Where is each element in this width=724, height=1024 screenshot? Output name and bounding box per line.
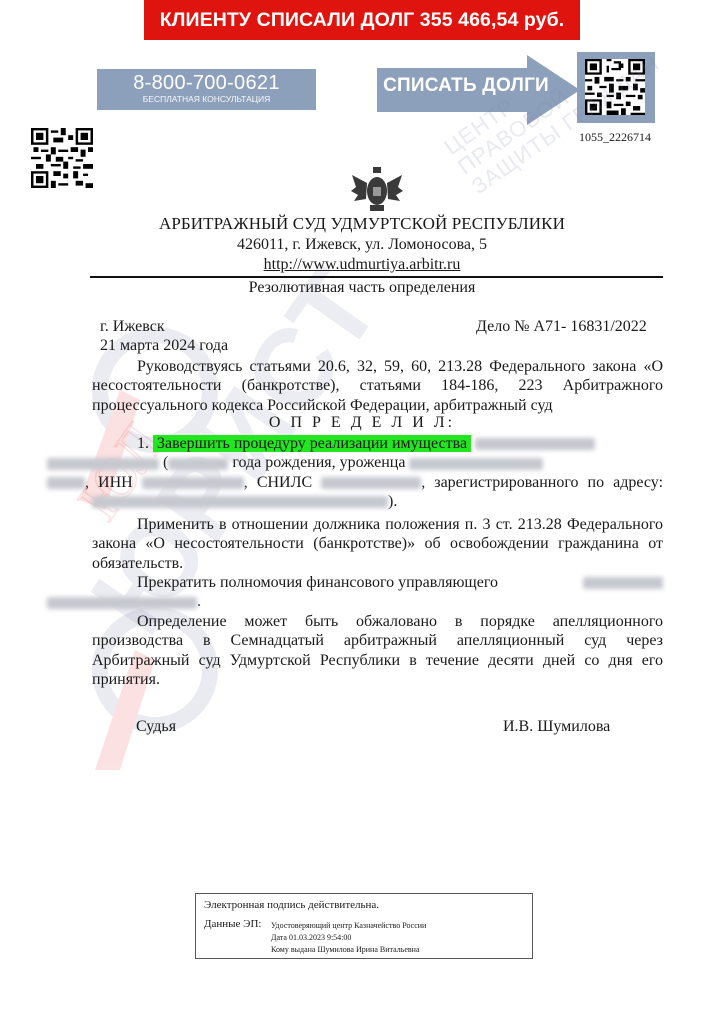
phone-number: 8-800-700-0621: [97, 72, 316, 94]
phone-caption: БЕСПЛАТНАЯ КОНСУЛЬТАЦИЯ: [97, 94, 316, 105]
terminate-text: Прекратить полномочия финансового управл…: [92, 573, 663, 612]
ruled-heading: О П Р Е Д Е Л И Л:: [0, 414, 724, 432]
redacted-name: [475, 438, 595, 450]
inn-label: , ИНН: [85, 474, 133, 491]
redacted-inn: [142, 477, 244, 489]
item-1-text: 1. Завершить процедуру реализации имущес…: [92, 434, 663, 511]
signature-issuer: Удостоверяющий центр Казначейство России: [271, 920, 426, 932]
court-address: 426011, г. Ижевск, ул. Ломоносова, 5: [0, 236, 724, 254]
write-off-debts-button[interactable]: СПИСАТЬ ДОЛГИ: [377, 55, 580, 125]
item-number: 1.: [137, 435, 149, 452]
signature-data-label: Данные ЭП:: [204, 918, 261, 930]
highlighted-text: Завершить процедуру реализации имущества: [153, 435, 471, 452]
qr-code-id: 1055_2226714: [565, 130, 665, 145]
redacted-birthplace: [409, 458, 543, 470]
redacted-birthplace: [47, 477, 85, 489]
e-signature-box: Электронная подпись действительна. Данны…: [195, 893, 533, 959]
court-name: АРБИТРАЖНЫЙ СУД УДМУРТСКОЙ РЕСПУБЛИКИ: [0, 214, 724, 234]
snils-label: , СНИЛС: [244, 474, 312, 491]
case-number: Дело № А71- 16831/2022: [476, 318, 647, 336]
redacted-manager-name: [583, 577, 663, 589]
document-type: Резолютивная часть определения: [0, 279, 724, 297]
judge-label: Судья: [136, 718, 176, 736]
cta-label: СПИСАТЬ ДОЛГИ: [377, 75, 555, 97]
redacted-name: [47, 458, 159, 470]
item-1: 1. Завершить процедуру реализации имущес…: [92, 434, 663, 511]
header-divider: [90, 276, 663, 278]
redacted-birthdate: [168, 458, 228, 470]
signature-details: Удостоверяющий центр Казначейство России…: [271, 920, 426, 956]
apply-text: Применить в отношении должника положения…: [92, 515, 663, 573]
city: г. Ижевск: [100, 318, 165, 336]
qr-code-icon[interactable]: [31, 128, 93, 188]
promo-banner[interactable]: КЛИЕНТУ СПИСАЛИ ДОЛГ 355 466,54 руб.: [144, 0, 580, 40]
court-site-link[interactable]: http://www.udmurtiya.arbitr.ru: [264, 256, 461, 273]
redacted-address: [92, 496, 388, 508]
registered-text: , зарегистрированного по адресу:: [421, 474, 663, 491]
appeal-text: Определение может быть обжаловано в поря…: [92, 612, 663, 689]
coat-of-arms-icon: [350, 165, 404, 215]
signature-valid: Электронная подпись действительна.: [204, 899, 379, 911]
terminate-label: Прекратить полномочия финансового управл…: [137, 574, 498, 591]
preamble: Руководствуясь статьями 20.6, 32, 59, 60…: [92, 357, 663, 415]
terminate-block: Прекратить полномочия финансового управл…: [92, 573, 663, 612]
decision-date: 21 марта 2024 года: [100, 337, 228, 355]
qr-code-icon[interactable]: [585, 59, 645, 115]
preamble-block: Руководствуясь статьями 20.6, 32, 59, 60…: [92, 357, 663, 415]
phone-consultation-button[interactable]: 8-800-700-0621 БЕСПЛАТНАЯ КОНСУЛЬТАЦИЯ: [97, 69, 316, 110]
redacted-snils: [321, 477, 421, 489]
court-site-link-wrap: http://www.udmurtiya.arbitr.ru: [0, 256, 724, 274]
judge-name: И.В. Шумилова: [503, 718, 610, 736]
item-end: ).: [388, 493, 397, 510]
birth-text: года рождения, уроженца: [232, 454, 405, 471]
apply-block: Применить в отношении должника положения…: [92, 515, 663, 573]
signature-date: Дата 01.03.2023 9:54:00: [271, 932, 426, 944]
signature-issued-to: Кому выдана Шумилова Ирина Витальевна: [271, 944, 426, 956]
redacted-manager-name: [47, 597, 197, 609]
appeal-block: Определение может быть обжаловано в поря…: [92, 612, 663, 689]
